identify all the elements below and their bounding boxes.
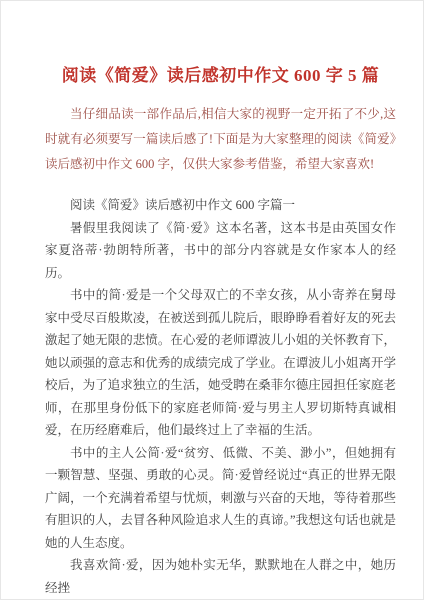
body-paragraph-4-truncated: 我喜欢简·爱，因为她朴实无华，默默地在人群之中，她历经挫 [45,554,396,599]
intro-paragraph: 当仔细品读一部作品后,相信大家的视野一定开拓了不少,这时就有必须要写一篇读后感了… [45,102,396,177]
document-title: 阅读《简爱》读后感初中作文 600 字 5 篇 [45,63,396,88]
section-heading: 阅读《简爱》读后感初中作文 600 字篇一 [45,194,396,217]
body-paragraph-3: 书中的主人公简·爱“贫穷、低微、不美、渺小”，但她拥有一颗智慧、坚强、勇敢的心灵… [45,442,396,555]
document-page: 阅读《简爱》读后感初中作文 600 字 5 篇 当仔细品读一部作品后,相信大家的… [0,0,424,600]
body-paragraph-2: 书中的简·爱是一个父母双亡的不幸女孩，从小寄养在舅母家中受尽百般欺凌，在被送到孤… [45,284,396,442]
body-paragraph-1: 暑假里我阅读了《简·爱》这本名著，这本书是由英国女作家夏洛蒂·勃朗特所著，书中的… [45,217,396,285]
